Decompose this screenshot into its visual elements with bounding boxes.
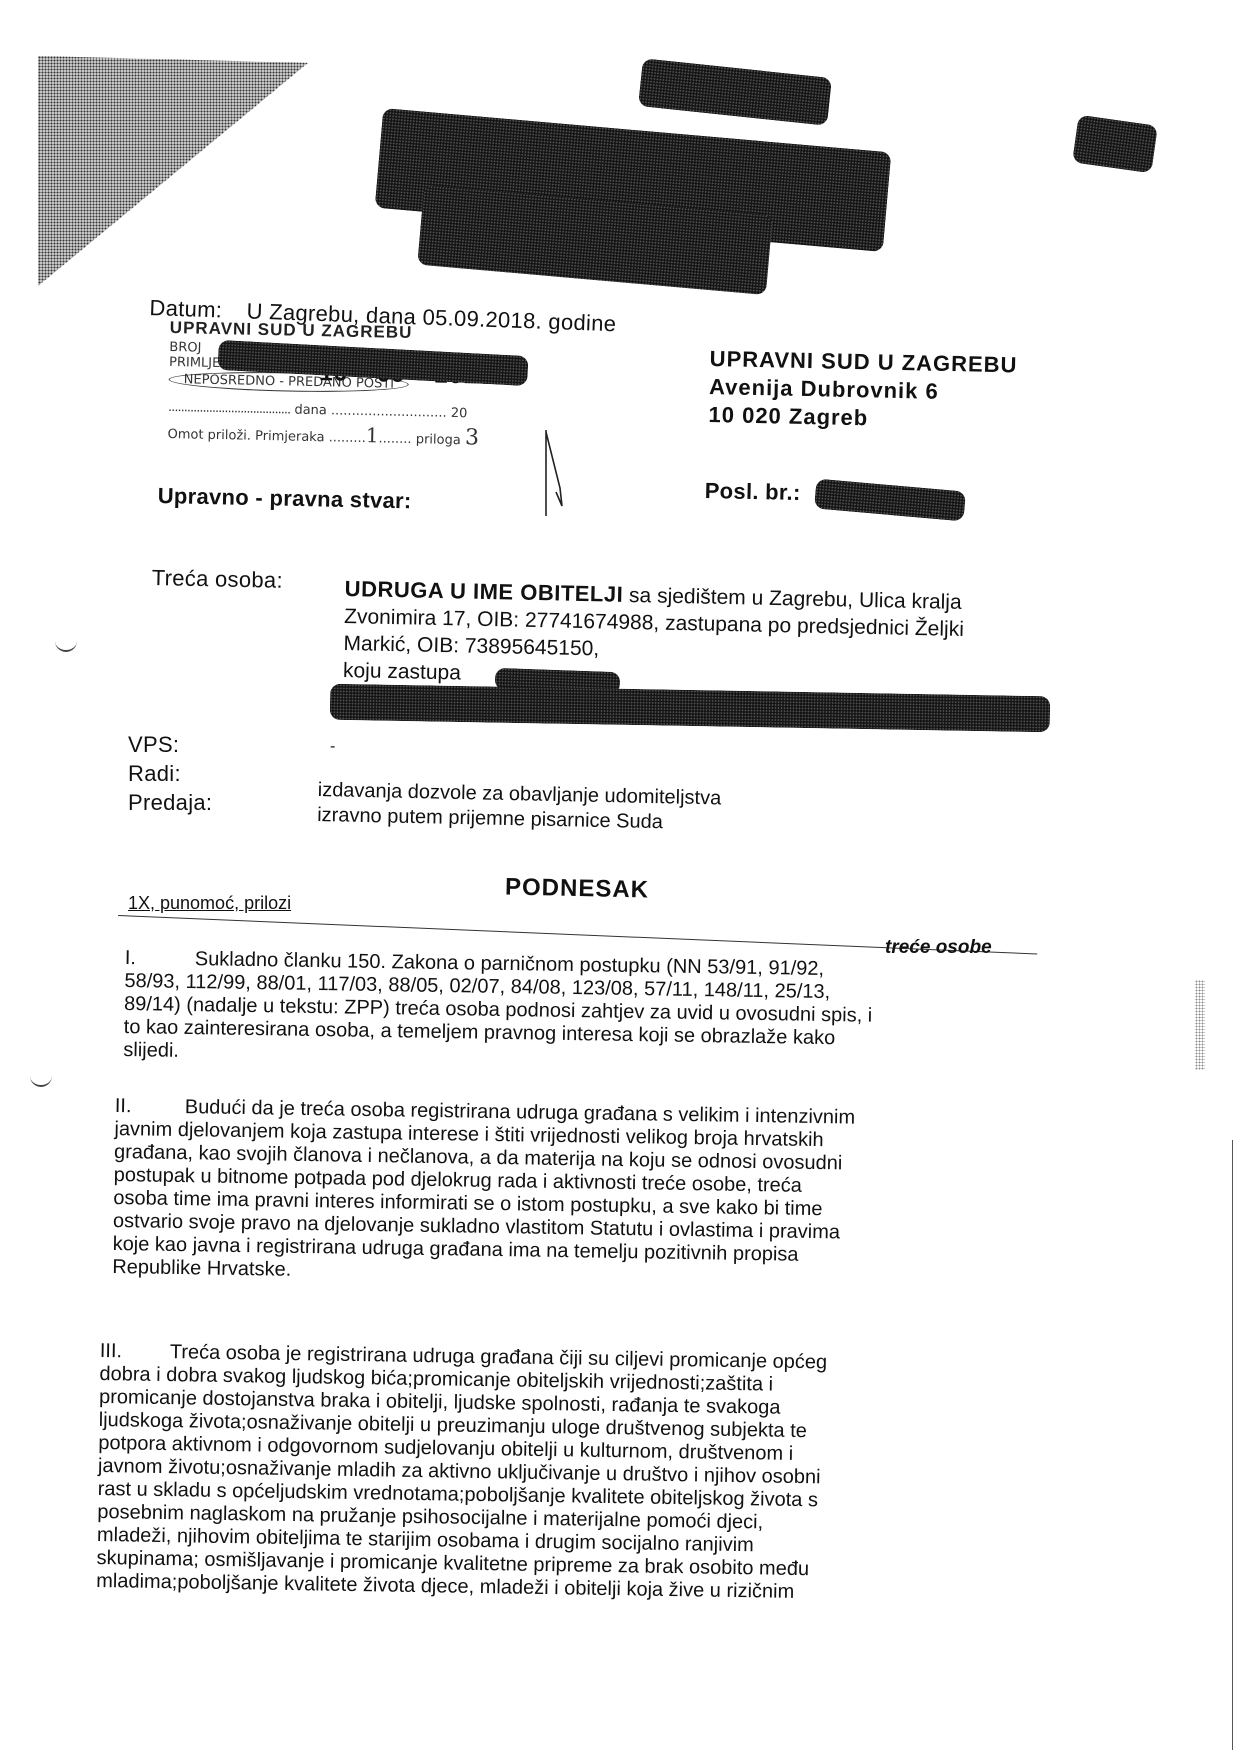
- stamp-primjeraka-label: Primjeraka: [255, 429, 325, 445]
- stamp-year-label: 20: [451, 406, 468, 421]
- redaction-block: [814, 479, 966, 522]
- reception-stamp: UPRAVNI SUD U ZAGREBU BROJ PRIMLJENO: NE…: [167, 318, 560, 452]
- vps-value: -: [330, 738, 335, 756]
- paragraph-number: III.: [100, 1340, 170, 1364]
- radi-label: Radi:: [128, 759, 212, 788]
- third-party-label: Treća osoba:: [151, 565, 283, 594]
- signature-mark: [540, 428, 580, 518]
- case-no-label: Posl. br.:: [704, 478, 800, 505]
- punch-hole-mark: [55, 640, 77, 652]
- enclosures-note: 1X, punomoć, prilozi: [128, 893, 291, 914]
- redaction-block: [638, 58, 832, 126]
- stamp-priloga-label: priloga: [416, 432, 461, 448]
- redaction-block: [1072, 115, 1158, 174]
- meta-values: izdavanja dozvole za obavljanje udomitel…: [317, 778, 722, 836]
- addressee-block: UPRAVNI SUD U ZAGREBU Avenija Dubrovnik …: [708, 345, 1018, 435]
- document-subtitle: treće osobe: [885, 937, 992, 959]
- paragraph-2: II.Budući da je treća osoba registrirana…: [112, 1095, 1030, 1293]
- document-title: PODNESAK: [505, 873, 650, 904]
- stamp-dana-label: dana: [294, 403, 327, 419]
- scan-corner-shadow: [38, 56, 308, 286]
- case-number: Posl. br.:: [704, 478, 800, 506]
- paragraph-number: I.: [125, 947, 195, 971]
- third-party-name: UDRUGA U IME OBITELJI: [344, 576, 623, 607]
- addressee-line3: 10 020 Zagreb: [708, 401, 1016, 435]
- scan-noise: [1195, 980, 1205, 1070]
- paragraph-3: III.Treća osoba je registrirana udruga g…: [96, 1340, 1025, 1607]
- vps-label: VPS:: [128, 730, 212, 759]
- paragraph-1: I.Sukladno članku 150. Zakona o parnično…: [123, 947, 1030, 1076]
- scan-edge-line: [1232, 1140, 1233, 1750]
- paragraph-number: II.: [115, 1095, 185, 1119]
- third-party-block: UDRUGA U IME OBITELJI sa sjedištem u Zag…: [343, 575, 1065, 699]
- punch-hole-mark: [30, 1075, 52, 1087]
- matter-label: Upravno - pravna stvar:: [157, 483, 411, 514]
- stamp-primjeraka-value: 1: [366, 423, 379, 447]
- predaja-label: Predaja:: [128, 788, 212, 817]
- stamp-omot-label: Omot priloži.: [167, 427, 251, 444]
- meta-labels: VPS: Radi: Predaja:: [128, 730, 212, 817]
- stamp-priloga-value: 3: [465, 425, 480, 450]
